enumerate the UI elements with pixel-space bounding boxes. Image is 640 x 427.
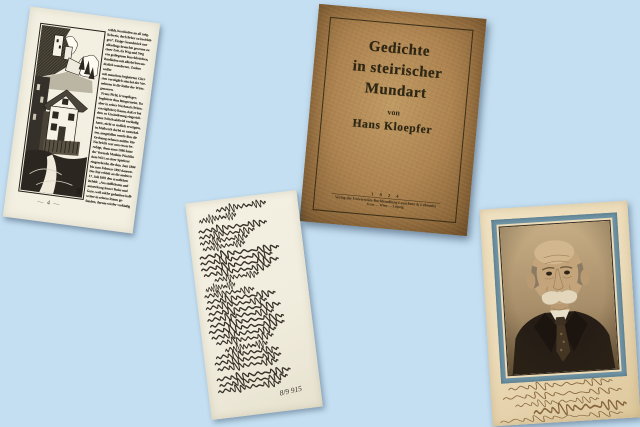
book-cover-image[interactable]: Gedichte in steirischer Mundart von Hans… [299, 4, 486, 236]
photo-blue-frame [491, 212, 627, 383]
portrait-card-image[interactable] [480, 201, 640, 427]
book-page-image[interactable]: wählt, beschieden an all mög- lichweis, … [3, 6, 161, 233]
photo-inner-mat [496, 218, 621, 379]
archive-collage: wählt, beschieden an all mög- lichweis, … [0, 0, 640, 427]
portrait-photo [499, 220, 620, 377]
elderly-man-portrait-icon [500, 221, 619, 375]
inscription-handwriting [492, 374, 638, 425]
manuscript-image[interactable]: 8/9 915 [185, 190, 323, 420]
